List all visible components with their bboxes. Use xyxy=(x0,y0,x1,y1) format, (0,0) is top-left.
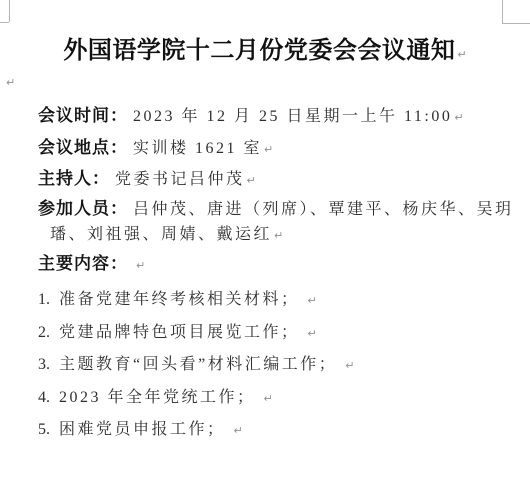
list-item: 2.党建品牌特色项目展览工作；↵ xyxy=(38,323,317,344)
list-item-number: 5. xyxy=(38,421,50,438)
document-page: 外国语学院十二月份党委会会议通知↵ ↵ 会议时间：2023 年 12 月 25 … xyxy=(0,0,530,480)
list-item-text: 主题教育“回头看”材料汇编工作； xyxy=(59,356,337,373)
field-label: 主持人： xyxy=(38,169,110,188)
paragraph-mark-icon: ↵ xyxy=(345,359,354,372)
list-item: 3.主题教育“回头看”材料汇编工作；↵ xyxy=(38,355,354,376)
paragraph-mark-icon: ↵ xyxy=(136,259,145,272)
list-item-text: 2023 年全年党统工作； xyxy=(59,389,256,406)
field-value: 实训楼 1621 室 xyxy=(133,140,262,157)
paragraph-mark-icon: ↵ xyxy=(6,76,15,89)
field-label: 主要内容： xyxy=(38,254,128,273)
paragraph-mark-icon: ↵ xyxy=(264,392,273,405)
list-item: 4.2023 年全年党统工作；↵ xyxy=(38,388,273,409)
paragraph-mark-icon: ↵ xyxy=(308,294,317,307)
paragraph-mark-icon: ↵ xyxy=(454,111,463,124)
list-item-number: 1. xyxy=(38,291,50,308)
title-line: 外国语学院十二月份党委会会议通知↵ xyxy=(0,30,530,65)
margin-crop-mark-top-right-horizontal xyxy=(502,23,530,24)
field-label: 参加人员： xyxy=(38,199,128,218)
list-item-text: 准备党建年终考核相关材料； xyxy=(59,291,300,308)
list-item: 5.困难党员申报工作；↵ xyxy=(38,420,243,441)
list-item-number: 3. xyxy=(38,356,50,373)
field-value: 党委书记吕仲茂 xyxy=(115,171,245,188)
list-item-text: 党建品牌特色项目展览工作； xyxy=(59,324,300,341)
field-participants: 参加人员：吕仲茂、唐进（列席）、覃建平、杨庆华、吴玥 xyxy=(38,199,514,220)
field-main-content: 主要内容：↵ xyxy=(38,254,145,276)
margin-crop-mark-top-left-vertical xyxy=(9,0,10,22)
document-title: 外国语学院十二月份党委会会议通知 xyxy=(63,38,455,64)
field-participants-continued: 璠、刘祖强、周婧、戴运红↵ xyxy=(50,225,283,246)
paragraph-mark-icon: ↵ xyxy=(457,48,466,61)
list-item: 1.准备党建年终考核相关材料；↵ xyxy=(38,290,317,311)
list-item-text: 困难党员申报工作； xyxy=(59,421,226,438)
field-meeting-time: 会议时间：2023 年 12 月 25 日星期一上午 11:00↵ xyxy=(38,106,464,128)
field-label: 会议时间： xyxy=(38,106,128,125)
field-value-line2: 璠、刘祖强、周婧、戴运红 xyxy=(50,226,272,243)
field-host: 主持人：党委书记吕仲茂↵ xyxy=(38,169,256,191)
paragraph-mark-icon: ↵ xyxy=(264,143,273,156)
paragraph-mark-icon: ↵ xyxy=(247,174,256,187)
field-label: 会议地点： xyxy=(38,138,128,157)
list-item-number: 4. xyxy=(38,389,50,406)
field-value: 2023 年 12 月 25 日星期一上午 11:00 xyxy=(133,108,452,125)
margin-crop-mark-top-right-vertical xyxy=(502,0,503,23)
margin-crop-mark-top-left-horizontal xyxy=(0,22,9,23)
list-item-number: 2. xyxy=(38,324,50,341)
paragraph-mark-icon: ↵ xyxy=(274,229,283,242)
field-meeting-location: 会议地点：实训楼 1621 室↵ xyxy=(38,138,273,160)
paragraph-mark-icon: ↵ xyxy=(234,424,243,437)
paragraph-mark-icon: ↵ xyxy=(308,327,317,340)
field-value: 吕仲茂、唐进（列席）、覃建平、杨庆华、吴玥 xyxy=(133,201,514,218)
